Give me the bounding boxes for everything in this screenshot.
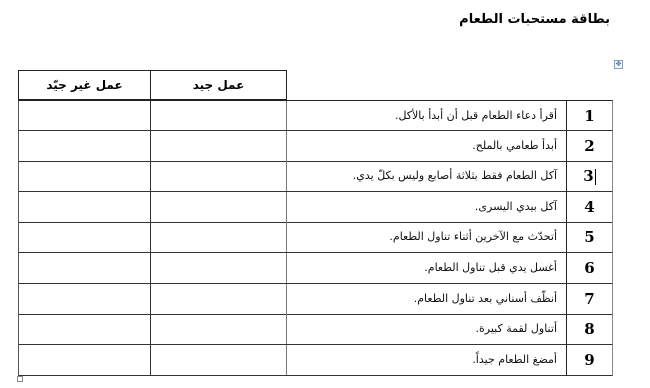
behavior-text: أقرأ دعاء الطعام قبل أن أبدأ بالأكل. xyxy=(286,100,567,131)
row-number: 3 xyxy=(583,167,593,185)
table-row: أبدأ طعامي بالملح. 2 xyxy=(18,131,613,162)
table-row: آكل الطعام فقط بثلاثة أصابع وليس بكلّ يد… xyxy=(18,161,613,192)
table-row: أتناول لقمة كبيرة. 8 xyxy=(18,314,613,345)
behavior-text: أغسل يدي قبل تناول الطعام. xyxy=(286,253,567,284)
table-row: أتحدّث مع الآخرين أثناء تناول الطعام. 5 xyxy=(18,222,613,253)
table-row: أنظّف أسناني بعد تناول الطعام. 7 xyxy=(18,284,613,315)
table-move-handle-icon[interactable]: ✥ xyxy=(614,60,623,69)
table-resize-handle[interactable] xyxy=(17,376,23,382)
bad-action-cell[interactable] xyxy=(18,222,151,253)
good-action-cell[interactable] xyxy=(150,314,287,345)
table-row: أمضغ الطعام جيداً. 9 xyxy=(18,345,613,376)
good-action-cell[interactable] xyxy=(150,161,287,192)
behavior-text: آكل الطعام فقط بثلاثة أصابع وليس بكلّ يد… xyxy=(286,161,567,192)
good-action-cell[interactable] xyxy=(150,192,287,223)
document-title: بطاقة مستحبات الطعام xyxy=(459,12,610,27)
good-action-cell[interactable] xyxy=(150,253,287,284)
row-number: 8 xyxy=(567,314,613,345)
good-action-cell[interactable] xyxy=(150,284,287,315)
behavior-text: أبدأ طعامي بالملح. xyxy=(286,131,567,162)
good-action-cell[interactable] xyxy=(150,222,287,253)
row-number: 2 xyxy=(567,131,613,162)
bad-action-cell[interactable] xyxy=(18,314,151,345)
table-row: أغسل يدي قبل تناول الطعام. 6 xyxy=(18,253,613,284)
row-number-with-cursor[interactable]: 3 xyxy=(567,161,613,192)
row-number: 4 xyxy=(567,192,613,223)
behavior-text: أتناول لقمة كبيرة. xyxy=(286,314,567,345)
good-action-cell[interactable] xyxy=(150,131,287,162)
behavior-text: أنظّف أسناني بعد تناول الطعام. xyxy=(286,284,567,315)
row-number: 7 xyxy=(567,284,613,315)
behavior-text: أتحدّث مع الآخرين أثناء تناول الطعام. xyxy=(286,222,567,253)
table-row: آكل بيدي اليسرى. 4 xyxy=(18,192,613,223)
row-number: 6 xyxy=(567,253,613,284)
bad-action-cell[interactable] xyxy=(18,161,151,192)
row-number: 1 xyxy=(567,100,613,131)
table-row: أقرأ دعاء الطعام قبل أن أبدأ بالأكل. 1 xyxy=(18,100,613,131)
bad-action-cell[interactable] xyxy=(18,284,151,315)
behavior-text: أمضغ الطعام جيداً. xyxy=(286,345,567,376)
bad-action-cell[interactable] xyxy=(18,192,151,223)
row-number: 5 xyxy=(567,222,613,253)
text-cursor xyxy=(595,169,596,185)
header-bad-action: عمل غير جيّد xyxy=(18,70,151,100)
header-good-action: عمل جيد xyxy=(150,70,287,100)
bad-action-cell[interactable] xyxy=(18,345,151,376)
bad-action-cell[interactable] xyxy=(18,100,151,131)
bad-action-cell[interactable] xyxy=(18,253,151,284)
good-action-cell[interactable] xyxy=(150,345,287,376)
row-number: 9 xyxy=(567,345,613,376)
good-action-cell[interactable] xyxy=(150,100,287,131)
bad-action-cell[interactable] xyxy=(18,131,151,162)
behavior-text: آكل بيدي اليسرى. xyxy=(286,192,567,223)
